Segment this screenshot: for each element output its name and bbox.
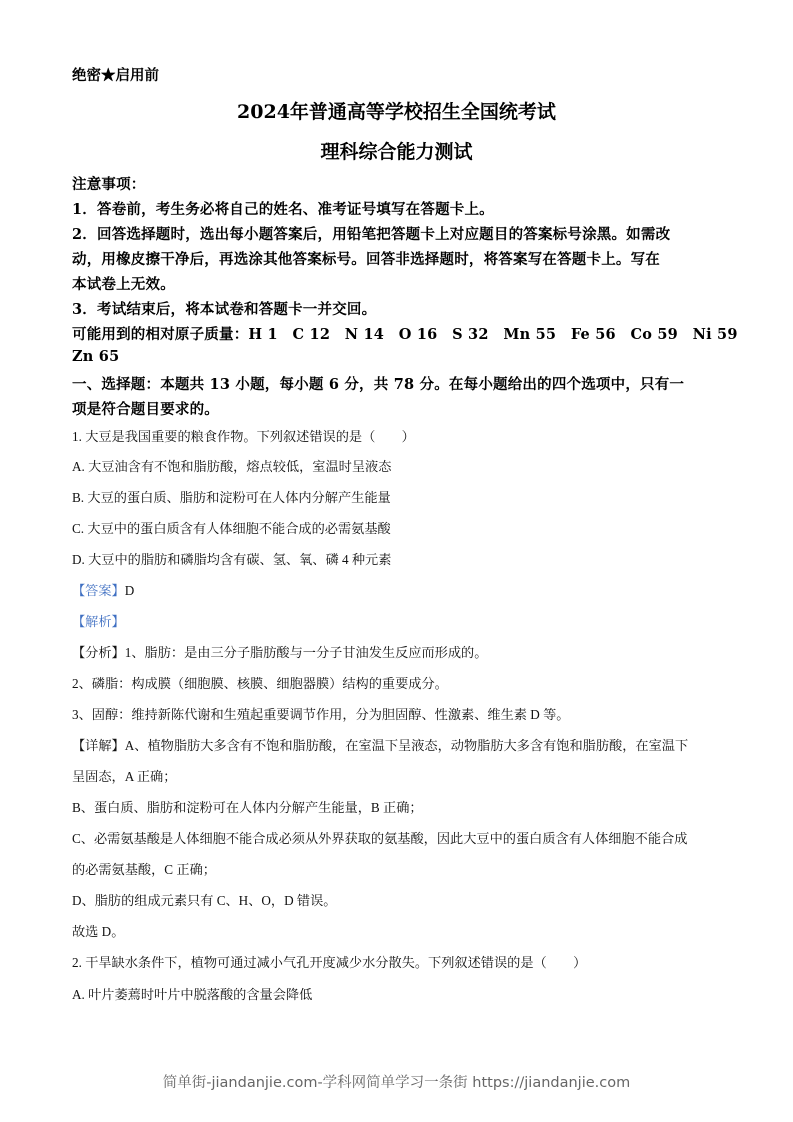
atomic-masses-cont: Zn 65 (72, 348, 119, 365)
analysis-label: 【解析】 (72, 611, 125, 630)
question-1-stem: 1. 大豆是我国重要的粮食作物。下列叙述错误的是（ ） (72, 426, 415, 445)
question-1-option-b: B. 大豆的蛋白质、脂肪和淀粉可在人体内分解产生能量 (72, 487, 391, 506)
note-item: 1．答卷前，考生务必将自己的姓名、准考证号填写在答题卡上。 (72, 198, 494, 219)
analysis-line: C、必需氨基酸是人体细胞不能合成必须从外界获取的氨基酸，因此大豆中的蛋白质含有人… (72, 828, 687, 847)
detail-prefix: 【详解】 (72, 738, 125, 753)
analysis-line: 的必需氨基酸，C 正确； (72, 859, 216, 878)
question-2-stem: 2. 干旱缺水条件下，植物可通过减小气孔开度减少水分散失。下列叙述错误的是（ ） (72, 952, 586, 971)
question-2-option-a: A. 叶片萎蔫时叶片中脱落酸的含量会降低 (72, 984, 312, 1003)
exam-title: 2024年普通高等学校招生全国统考试 (0, 97, 793, 124)
note-item: 2．回答选择题时，选出每小题答案后，用铅笔把答题卡上对应题目的答案标号涂黑。如需… (72, 223, 670, 244)
atomic-masses: 可能用到的相对原子质量：H 1 C 12 N 14 O 16 S 32 Mn 5… (72, 323, 738, 344)
footer-watermark: 简单街-jiandanjie.com-学科网简单学习一条街 https://ji… (0, 1071, 793, 1092)
secret-label: 绝密★启用前 (72, 64, 159, 85)
analysis-conclusion: 故选 D。 (72, 921, 124, 940)
note-item: 动，用橡皮擦干净后，再选涂其他答案标号。回答非选择题时，将答案写在答题卡上。写在 (72, 248, 660, 269)
notes-heading: 注意事项： (72, 173, 146, 194)
exam-page: 绝密★启用前 2024年普通高等学校招生全国统考试 理科综合能力测试 注意事项：… (0, 0, 793, 1122)
note-item: 本试卷上无效。 (72, 273, 175, 294)
analysis-text: A、植物脂肪大多含有不饱和脂肪酸，在室温下呈液态，动物脂肪大多含有饱和脂肪酸，在… (125, 738, 688, 753)
note-item: 3．考试结束后，将本试卷和答题卡一并交回。 (72, 298, 376, 319)
analysis-line: 2、磷脂：构成膜（细胞膜、核膜、细胞器膜）结构的重要成分。 (72, 673, 448, 692)
question-1-option-d: D. 大豆中的脂肪和磷脂均含有碳、氢、氧、磷 4 种元素 (72, 549, 391, 568)
section-instructions-cont: 项是符合题目要求的。 (72, 398, 219, 419)
analysis-line: 【分析】1、脂肪：是由三分子脂肪酸与一分子甘油发生反应而形成的。 (72, 642, 487, 661)
answer-value: D (125, 583, 135, 598)
analysis-line: 【详解】A、植物脂肪大多含有不饱和脂肪酸，在室温下呈液态，动物脂肪大多含有饱和脂… (72, 735, 688, 754)
question-1-option-a: A. 大豆油含有不饱和脂肪酸，熔点较低，室温时呈液态 (72, 456, 391, 475)
analysis-text: 1、脂肪：是由三分子脂肪酸与一分子甘油发生反应而形成的。 (125, 645, 488, 660)
analysis-line: B、蛋白质、脂肪和淀粉可在人体内分解产生能量，B 正确； (72, 797, 423, 816)
answer-label: 【答案】 (72, 583, 125, 598)
analysis-line: D、脂肪的组成元素只有 C、H、O，D 错误。 (72, 890, 336, 909)
section-instructions: 一、选择题：本题共 13 小题，每小题 6 分，共 78 分。在每小题给出的四个… (72, 373, 684, 394)
analysis-prefix: 【分析】 (72, 645, 125, 660)
analysis-line: 呈固态，A 正确； (72, 766, 176, 785)
answer-row: 【答案】D (72, 580, 134, 599)
exam-subtitle: 理科综合能力测试 (0, 137, 793, 164)
analysis-line: 3、固醇：维持新陈代谢和生殖起重要调节作用，分为胆固醇、性激素、维生素 D 等。 (72, 704, 569, 723)
question-1-option-c: C. 大豆中的蛋白质含有人体细胞不能合成的必需氨基酸 (72, 518, 391, 537)
